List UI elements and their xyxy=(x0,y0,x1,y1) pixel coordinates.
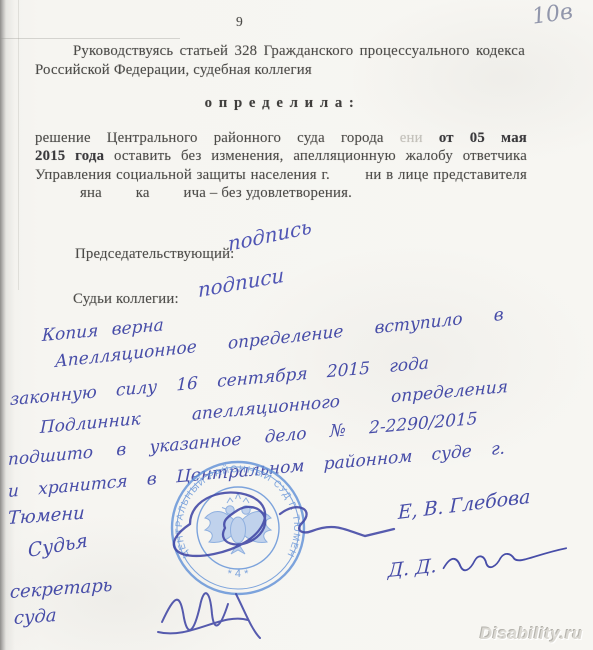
redacted-name-fragment: ка xyxy=(136,185,150,201)
paragraph-ruling: решение Центрального районного суда горо… xyxy=(35,129,527,203)
ruling-date-bold: 2015 года xyxy=(35,148,104,164)
paper-crease-vertical xyxy=(18,0,19,290)
handwritten-role-secretary: суда xyxy=(14,605,57,629)
site-watermark: Disability.ru xyxy=(480,624,583,644)
scanned-court-document-page: 9 Руководствуясь статьей 328 Гражданског… xyxy=(0,0,593,650)
signature-scrawl-over-stamp xyxy=(128,466,428,576)
redacted-name-fragment: яна xyxy=(80,185,102,201)
page-number: 9 xyxy=(236,14,243,30)
handwritten-role-secretary: секретарь xyxy=(10,575,113,603)
handwritten-signature-word: подписи xyxy=(198,263,285,302)
signature-scrawl xyxy=(440,539,570,579)
panel-judges-label: Судьи коллегии: xyxy=(73,291,179,308)
signature-scrawl-bottom xyxy=(150,576,305,646)
paper-crease-horizontal xyxy=(0,38,180,39)
ruling-text: оставить без изменения, апелляционную жа… xyxy=(114,148,527,164)
paragraph-line: Российской Федерации, судебная коллегия xyxy=(35,61,525,80)
handwritten-role-judge: Судья xyxy=(27,529,88,562)
paragraph-line: яна ка ича – без удовлетворения. xyxy=(35,184,527,202)
handwritten-signature-word: подпись xyxy=(227,214,312,256)
paragraph-line: Управления социальной защиты населения г… xyxy=(35,166,527,184)
paragraph-legal-basis: Руководствуясь статьей 328 Гражданского … xyxy=(35,42,525,79)
handwritten-note-line: Тюмени xyxy=(8,503,85,529)
ruling-heading: о п р е д е л и л а : xyxy=(35,95,525,112)
ruling-date-bold: от 05 мая xyxy=(439,130,527,146)
paragraph-line: 2015 года оставить без изменения, апелля… xyxy=(35,147,527,165)
paragraph-line: Руководствуясь статьей 328 Гражданского … xyxy=(35,42,525,61)
paragraph-line: решение Центрального районного суда горо… xyxy=(35,129,527,147)
handwritten-corner-page-note: 10в xyxy=(530,0,574,30)
ruling-text: Управления социальной защиты населения г… xyxy=(35,167,330,183)
redacted-name-fragment: ича – без удовлетворения. xyxy=(183,185,352,201)
redacted-city-fragment: ени xyxy=(400,130,423,146)
presiding-judge-label: Председательствующий: xyxy=(75,246,235,263)
ruling-text: решение Центрального районного суда горо… xyxy=(35,130,384,146)
ruling-text: ни в лице представителя xyxy=(365,167,527,183)
